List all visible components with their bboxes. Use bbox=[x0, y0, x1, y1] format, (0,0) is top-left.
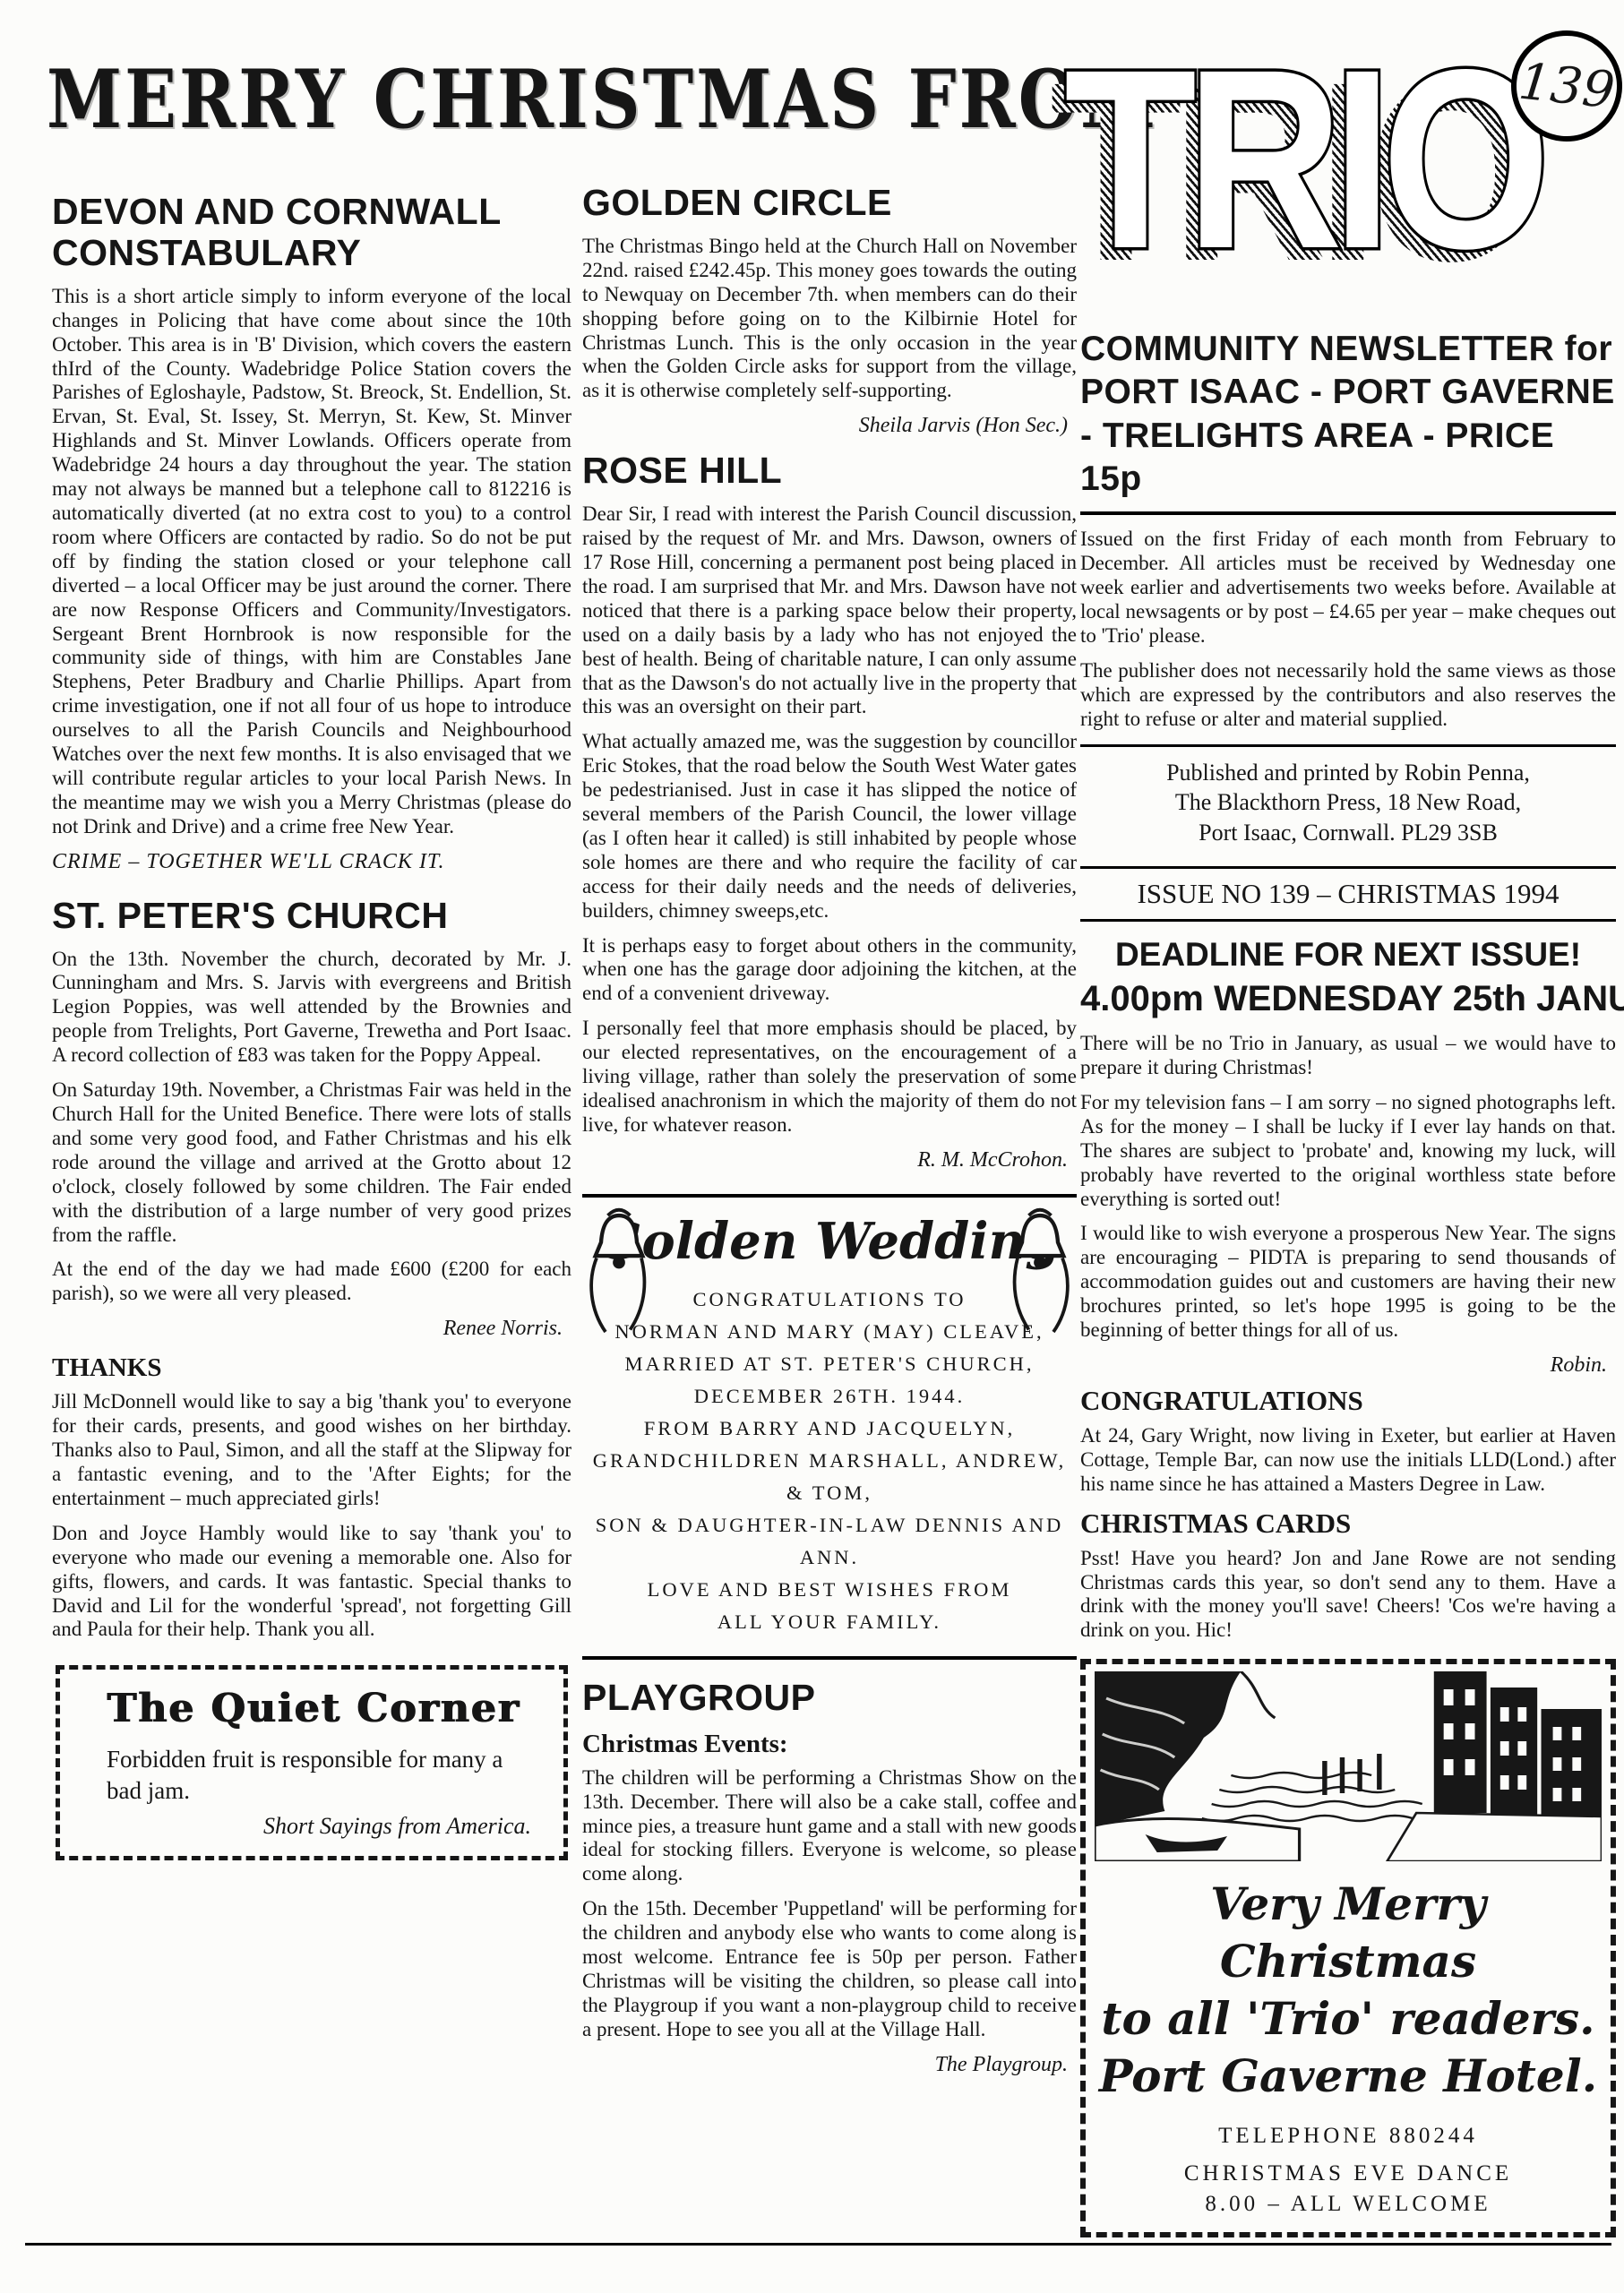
editorial-p3: I would like to wish everyone a prospero… bbox=[1080, 1222, 1616, 1343]
trio-logo-text: TRIO bbox=[1064, 32, 1540, 288]
playgroup-heading: PLAYGROUP bbox=[582, 1678, 1077, 1719]
st-peters-p3: At the end of the day we had made £600 (… bbox=[52, 1258, 571, 1306]
christmas-cards-body: Psst! Have you heard? Jon and Jane Rowe … bbox=[1080, 1547, 1616, 1644]
congratulations-heading: CONGRATULATIONS bbox=[1080, 1385, 1616, 1417]
editorial-p1: There will be no Trio in January, as usu… bbox=[1080, 1032, 1616, 1080]
rose-hill-p3: It is perhaps easy to forget about other… bbox=[582, 934, 1077, 1007]
golden-wedding-line: ALL YOUR FAMILY. bbox=[582, 1606, 1077, 1638]
issue-line: ISSUE NO 139 – CHRISTMAS 1994 bbox=[1080, 866, 1616, 922]
middle-column: GOLDEN CIRCLE The Christmas Bingo held a… bbox=[582, 183, 1077, 2090]
bell-icon bbox=[584, 1207, 654, 1341]
golden-wedding-line: CONGRATULATIONS TO bbox=[582, 1284, 1077, 1316]
quiet-corner-text: Forbidden fruit is responsible for many … bbox=[107, 1744, 540, 1807]
left-column: DEVON AND CORNWALL CONSTABULARY This is … bbox=[52, 192, 571, 1860]
right-column: COMMUNITY NEWSLETTER for PORT ISAAC - PO… bbox=[1080, 328, 1616, 2237]
golden-circle-signature: Sheila Jarvis (Hon Sec.) bbox=[582, 414, 1068, 438]
hotel-ad-phone: TELEPHONE 880244 bbox=[1095, 2121, 1602, 2151]
page-title: MERRY CHRISTMAS FROM – bbox=[47, 52, 996, 146]
rose-hill-heading: ROSE HILL bbox=[582, 451, 1077, 492]
christmas-cards-heading: CHRISTMAS CARDS bbox=[1080, 1507, 1616, 1540]
quiet-corner-attribution: Short Sayings from America. bbox=[87, 1813, 531, 1840]
page-bottom-rule bbox=[25, 2243, 1611, 2246]
deadline-date: 4.00pm WEDNESDAY 25th JANUARY bbox=[1080, 979, 1616, 1019]
golden-wedding-title: Golden Wedding bbox=[582, 1212, 1077, 1271]
bell-icon bbox=[1005, 1207, 1075, 1341]
quiet-corner-title: The Quiet Corner bbox=[107, 1686, 540, 1731]
st-peters-signature: Renee Norris. bbox=[52, 1317, 563, 1341]
rose-hill-p4: I personally feel that more emphasis sho… bbox=[582, 1017, 1077, 1138]
quiet-corner-box: The Quiet Corner Forbidden fruit is resp… bbox=[56, 1665, 568, 1859]
deadline-heading: DEADLINE FOR NEXT ISSUE! bbox=[1080, 936, 1616, 974]
golden-wedding-line: LOVE AND BEST WISHES FROM bbox=[582, 1574, 1077, 1606]
hotel-ad-event: CHRISTMAS EVE DANCE bbox=[1095, 2159, 1602, 2189]
trio-logo: TRIO TRIO 139 bbox=[1064, 32, 1624, 328]
rose-hill-p1: Dear Sir, I read with interest the Paris… bbox=[582, 502, 1077, 719]
playgroup-p2: On the 15th. December 'Puppetland' will … bbox=[582, 1897, 1077, 2041]
hotel-ad-script-line: Very Merry Christmas bbox=[1095, 1876, 1602, 1990]
issue-number: 139 bbox=[1516, 52, 1617, 120]
thanks-p2: Don and Joyce Hambly would like to say '… bbox=[52, 1522, 571, 1643]
golden-circle-heading: GOLDEN CIRCLE bbox=[582, 183, 1077, 224]
st-peters-p2: On Saturday 19th. November, a Christmas … bbox=[52, 1078, 571, 1247]
hotel-ad-script-line: Port Gaverne Hotel. bbox=[1095, 2048, 1602, 2105]
st-peters-heading: ST. PETER'S CHURCH bbox=[52, 896, 571, 937]
port-gaverne-hotel-ad: Very Merry Christmas to all 'Trio' reade… bbox=[1080, 1659, 1616, 2237]
golden-wedding-line: DECEMBER 26TH. 1944. bbox=[582, 1380, 1077, 1413]
masthead-info-p1: Issued on the first Friday of each month… bbox=[1080, 528, 1616, 648]
playgroup-subheading: Christmas Events: bbox=[582, 1730, 1077, 1759]
golden-wedding-line: GRANDCHILDREN MARSHALL, ANDREW, & TOM, bbox=[582, 1445, 1077, 1509]
golden-wedding-line: NORMAN AND MARY (MAY) CLEAVE, bbox=[582, 1316, 1077, 1348]
constabulary-heading: DEVON AND CORNWALL CONSTABULARY bbox=[52, 192, 571, 274]
harbour-etching-image bbox=[1095, 1671, 1602, 1861]
masthead: COMMUNITY NEWSLETTER for PORT ISAAC - PO… bbox=[1080, 328, 1616, 515]
golden-wedding-line: SON & DAUGHTER-IN-LAW DENNIS AND ANN. bbox=[582, 1509, 1077, 1574]
golden-wedding-box: Golden Wedding CONGRATULATIONS TO NORMAN… bbox=[582, 1194, 1077, 1660]
editorial-p2: For my television fans – I am sorry – no… bbox=[1080, 1091, 1616, 1212]
crime-slogan: CRIME – TOGETHER WE'LL CRACK IT. bbox=[52, 850, 571, 874]
golden-wedding-line: FROM BARRY AND JACQUELYN, bbox=[582, 1413, 1077, 1445]
st-peters-p1: On the 13th. November the church, decora… bbox=[52, 948, 571, 1069]
thanks-p1: Jill McDonnell would like to say a big '… bbox=[52, 1390, 571, 1511]
publisher-block: Published and printed by Robin Penna, Th… bbox=[1080, 744, 1616, 857]
rose-hill-signature: R. M. McCrohon. bbox=[582, 1148, 1068, 1172]
rose-hill-p2: What actually amazed me, was the suggest… bbox=[582, 730, 1077, 923]
playgroup-signature: The Playgroup. bbox=[582, 2053, 1068, 2077]
constabulary-body: This is a short article simply to inform… bbox=[52, 285, 571, 839]
playgroup-p1: The children will be performing a Christ… bbox=[582, 1766, 1077, 1887]
golden-wedding-line: MARRIED AT ST. PETER'S CHURCH, bbox=[582, 1348, 1077, 1380]
thanks-heading: THANKS bbox=[52, 1353, 571, 1383]
newsletter-page: MERRY CHRISTMAS FROM – TRIO TRIO 139 DEV… bbox=[0, 0, 1624, 2293]
hotel-ad-time: 8.00 – ALL WELCOME bbox=[1095, 2189, 1602, 2220]
hotel-ad-script-line: to all 'Trio' readers. bbox=[1095, 1990, 1602, 2048]
masthead-info-p2: The publisher does not necessarily hold … bbox=[1080, 659, 1616, 732]
editorial-signature: Robin. bbox=[1080, 1353, 1607, 1378]
congratulations-body: At 24, Gary Wright, now living in Exeter… bbox=[1080, 1424, 1616, 1497]
golden-circle-body: The Christmas Bingo held at the Church H… bbox=[582, 235, 1077, 403]
